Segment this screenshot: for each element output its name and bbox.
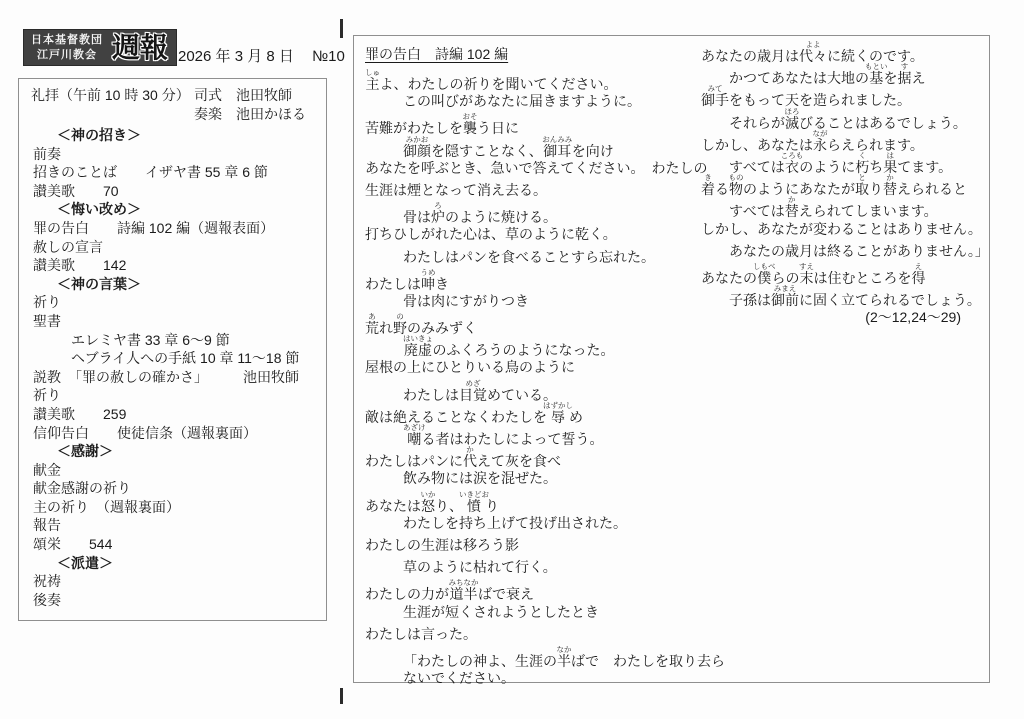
service-line: 後奏: [31, 591, 318, 610]
poem-line: わたしは目覚めざめている。: [365, 379, 697, 401]
service-line: エレミヤ書 33 章 6～9 節: [31, 331, 318, 350]
poem-line: あなたの歳月は終ることがありません。」: [701, 240, 987, 262]
service-line: 讃美歌 259: [31, 405, 318, 424]
church-name: 日本基督教団 江戸川教会: [24, 30, 110, 65]
church-name-line2: 江戸川教会: [31, 48, 103, 63]
service-line: 信仰告白 使徒信条（週報裏面）: [31, 424, 318, 443]
musician: 奏楽 池田かほる: [194, 105, 306, 124]
poem-line: わたしは呻うめき: [365, 268, 697, 290]
issue-date-line: 2026 年 3 月 8 日 №10: [178, 45, 345, 66]
issue-date: 2026 年 3 月 8 日: [178, 48, 294, 65]
poem-line: 骨は肉にすがりつき: [365, 290, 697, 312]
poem-line: あなたの僕しもべらの末すえは住むところを得え: [701, 262, 987, 284]
poem-line: わたしは言った。: [365, 623, 697, 645]
poem-line: 打ちひしがれた心は、草のように乾く。: [365, 223, 697, 245]
poem-line: 飲み物には涙を混ぜた。: [365, 467, 697, 489]
poem-line: わたしの生涯は移ろう影: [365, 534, 697, 556]
poem-line: 御顔みかおを隠すことなく、御耳おんみみを向け: [365, 135, 697, 157]
confession-heading: 罪の告白 詩編 102 編: [365, 44, 697, 68]
scan-mark-top: [340, 19, 343, 38]
service-section-heading: ＜悔い改め＞: [31, 200, 318, 219]
poem-line: 廃虚はいきょのふくろうのようになった。: [365, 334, 697, 356]
issue-number: №10: [312, 48, 345, 65]
poem-line: 「わたしの神よ、生涯の半なかばで わたしを取り去ら: [365, 645, 697, 667]
service-title: 礼拝（午前 10 時 30 分）: [31, 86, 194, 124]
service-line: 罪の告白 詩編 102 編（週報表面）: [31, 219, 318, 238]
service-section-heading: ＜神の言葉＞: [31, 275, 318, 294]
poem-line: 生涯が短くされようとしたとき: [365, 601, 697, 623]
bulletin-title: 週報: [110, 33, 176, 63]
service-line: 讃美歌 142: [31, 256, 318, 275]
poem-line: わたしはパンを食べることすら忘れた。: [365, 246, 697, 268]
scan-mark-bottom: [340, 688, 343, 704]
church-logo: 日本基督教団 江戸川教会 週報: [23, 29, 177, 66]
service-line: 頌栄 544: [31, 535, 318, 554]
service-line: 祝祷: [31, 572, 318, 591]
poem-line: 屋根の上にひとりいる鳥のように: [365, 356, 697, 378]
service-section-heading: ＜神の招き＞: [31, 126, 318, 145]
poem-line: 骨は炉ろのように焼ける。: [365, 201, 697, 223]
poem-line: あなたの歳月は代々よよに続くのです。: [701, 40, 987, 62]
service-line: 献金感謝の祈り: [31, 479, 318, 498]
poem-lines-1: 主しゅよ、わたしの祈りを聞いてください。この叫びがあなたに届きますように。苦難が…: [365, 68, 697, 689]
poem-line: 荒あれ野ののみみずく: [365, 312, 697, 334]
service-line: 讃美歌 70: [31, 182, 318, 201]
poem-line: この叫びがあなたに届きますように。: [365, 90, 697, 112]
service-line: 祈り: [31, 293, 318, 312]
service-line: 報告: [31, 516, 318, 535]
poem-column-1: 罪の告白 詩編 102 編 主しゅよ、わたしの祈りを聞いてください。この叫びがあ…: [365, 44, 697, 689]
service-section-heading: ＜感謝＞: [31, 442, 318, 461]
poem-column-2: あなたの歳月は代々よよに続くのです。かつてあなたは大地の基もといを据すえ御手みて…: [701, 40, 987, 328]
poem-line: あなたを呼ぶとき、急いで答えてください。 わたしの: [365, 157, 697, 179]
officiant: 司式 池田牧師: [194, 86, 306, 105]
poem-line: しかし、あなたが変わることはありません。: [701, 218, 987, 240]
church-name-line1: 日本基督教団: [31, 33, 103, 48]
poem-line: あなたは怒いかり、憤いきどおり: [365, 490, 697, 512]
service-order-box: 礼拝（午前 10 時 30 分） 司式 池田牧師 奏楽 池田かほる ＜神の招き＞…: [18, 78, 327, 621]
service-line: 主の祈り （週報裏面）: [31, 498, 318, 517]
service-line: 聖書: [31, 312, 318, 331]
poem-line: わたしを持ち上げて投げ出された。: [365, 512, 697, 534]
poem-line: わたしの力が道半みちなかばで衰え: [365, 578, 697, 600]
poem-line: 主しゅよ、わたしの祈りを聞いてください。: [365, 68, 697, 90]
service-line: 献金: [31, 461, 318, 480]
poem-line: 苦難がわたしを襲おそう日に: [365, 112, 697, 134]
service-order-list: ＜神の招き＞前奏招きのことば イザヤ書 55 章 6 節讃美歌 70＜悔い改め＞…: [31, 126, 318, 609]
service-line: 祈り: [31, 386, 318, 405]
service-staff: 司式 池田牧師 奏楽 池田かほる: [194, 86, 306, 124]
service-section-heading: ＜派遣＞: [31, 554, 318, 573]
service-header: 礼拝（午前 10 時 30 分） 司式 池田牧師 奏楽 池田かほる: [31, 86, 318, 124]
bulletin-page: 日本基督教団 江戸川教会 週報 2026 年 3 月 8 日 №10 礼拝（午前…: [0, 0, 1024, 719]
service-line: 説教 「罪の赦しの確かさ」 池田牧師: [31, 368, 318, 387]
confession-box: 罪の告白 詩編 102 編 主しゅよ、わたしの祈りを聞いてください。この叫びがあ…: [353, 35, 990, 683]
service-line: 招きのことば イザヤ書 55 章 6 節: [31, 163, 318, 182]
poem-line: 生涯は煙となって消え去る。: [365, 179, 697, 201]
service-line: 前奏: [31, 145, 318, 164]
service-line: ヘブライ人への手紙 10 章 11～18 節: [31, 349, 318, 368]
poem-line: 草のように枯れて行く。: [365, 556, 697, 578]
poem-lines-2: あなたの歳月は代々よよに続くのです。かつてあなたは大地の基もといを据すえ御手みて…: [701, 40, 987, 306]
service-line: 赦しの宣言: [31, 238, 318, 257]
